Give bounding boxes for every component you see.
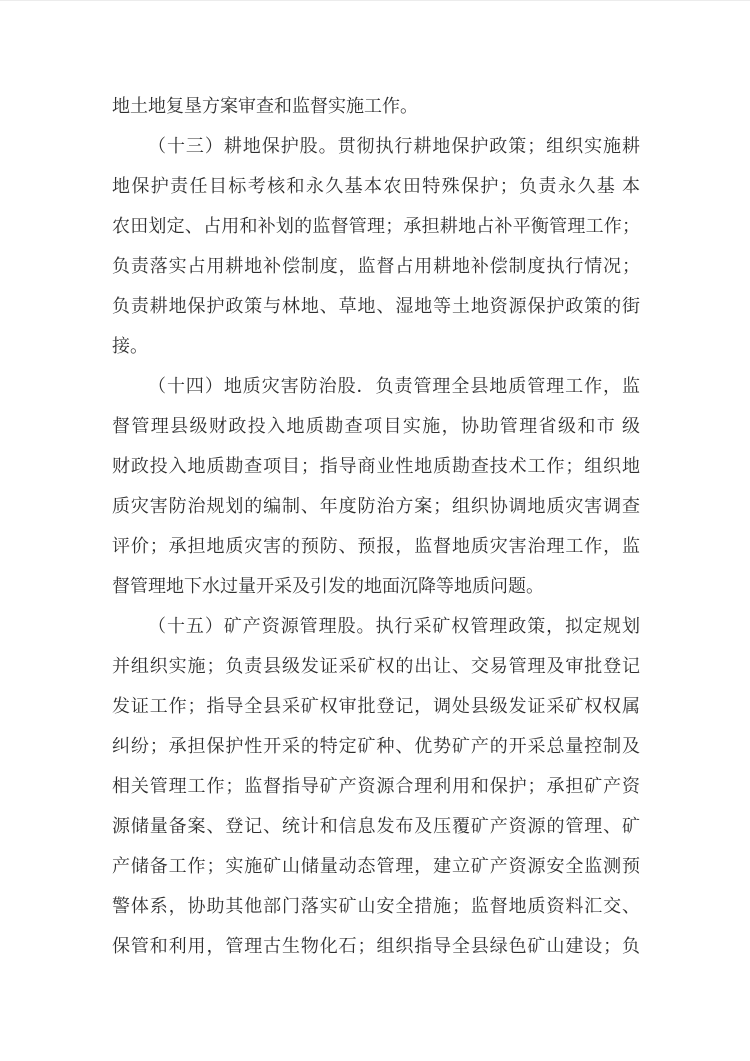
text-line: 并组织实施；负责县级发证采矿权的出让、交易管理及审批登记	[112, 646, 640, 686]
text-line: 督管理县级财政投入地质勘查项目实施，协助管理省级和市 级	[112, 406, 640, 446]
paragraph-continuation: 地土地复垦方案审查和监督实施工作。	[112, 86, 640, 126]
text-line: 发证工作；指导全县采矿权审批登记，调处县级发证采矿权权属	[112, 686, 640, 726]
text-line: 地土地复垦方案审查和监督实施工作。	[112, 86, 640, 126]
text-line: 相关管理工作；监督指导矿产资源合理利用和保护；承担矿产资	[112, 766, 640, 806]
text-line: 产储备工作；实施矿山储量动态管理，建立矿产资源安全监测预	[112, 846, 640, 886]
text-line: 保管和利用，管理古生物化石；组织指导全县绿色矿山建设；负	[112, 926, 640, 966]
text-line: 质灾害防治规划的编制、年度防治方案；组织协调地质灾害调查	[112, 486, 640, 526]
text-line: 警体系，协助其他部门落实矿山安全措施；监督地质资料汇交、	[112, 886, 640, 926]
text-line: 负责落实占用耕地补偿制度，监督占用耕地补偿制度执行情况；	[112, 246, 640, 286]
text-line: 源储量备案、登记、统计和信息发布及压覆矿产资源的管理、矿	[112, 806, 640, 846]
document-page: 地土地复垦方案审查和监督实施工作。 （十三）耕地保护股。贯彻执行耕地保护政策；组…	[0, 0, 750, 1061]
text-line: （十四）地质灾害防治股．负责管理全县地质管理工作，监	[112, 366, 640, 406]
text-line: （十五）矿产资源管理股。执行采矿权管理政策，拟定规划	[112, 606, 640, 646]
text-line: 财政投入地质勘查项目；指导商业性地质勘查技术工作；组织地	[112, 446, 640, 486]
text-line: 负责耕地保护政策与林地、草地、湿地等土地资源保护政策的街	[112, 286, 640, 326]
paragraph-item-13: （十三）耕地保护股。贯彻执行耕地保护政策；组织实施耕 地保护责任目标考核和永久基…	[112, 126, 640, 366]
text-line: 评价；承担地质灾害的预防、预报，监督地质灾害治理工作，监	[112, 526, 640, 566]
text-block: 地土地复垦方案审查和监督实施工作。 （十三）耕地保护股。贯彻执行耕地保护政策；组…	[112, 86, 640, 966]
text-line: 农田划定、占用和补划的监督管理；承担耕地占补平衡管理工作；	[112, 206, 640, 246]
text-line: 纠纷；承担保护性开采的特定矿种、优势矿产的开采总量控制及	[112, 726, 640, 766]
text-line: 督管理地下水过量开采及引发的地面沉降等地质问题。	[112, 566, 640, 606]
text-line: 接。	[112, 326, 640, 366]
text-line: 地保护责任目标考核和永久基本农田特殊保护；负责永久基 本	[112, 166, 640, 206]
paragraph-item-14: （十四）地质灾害防治股．负责管理全县地质管理工作，监 督管理县级财政投入地质勘查…	[112, 366, 640, 606]
paragraph-item-15: （十五）矿产资源管理股。执行采矿权管理政策，拟定规划 并组织实施；负责县级发证采…	[112, 606, 640, 966]
text-line: （十三）耕地保护股。贯彻执行耕地保护政策；组织实施耕	[112, 126, 640, 166]
